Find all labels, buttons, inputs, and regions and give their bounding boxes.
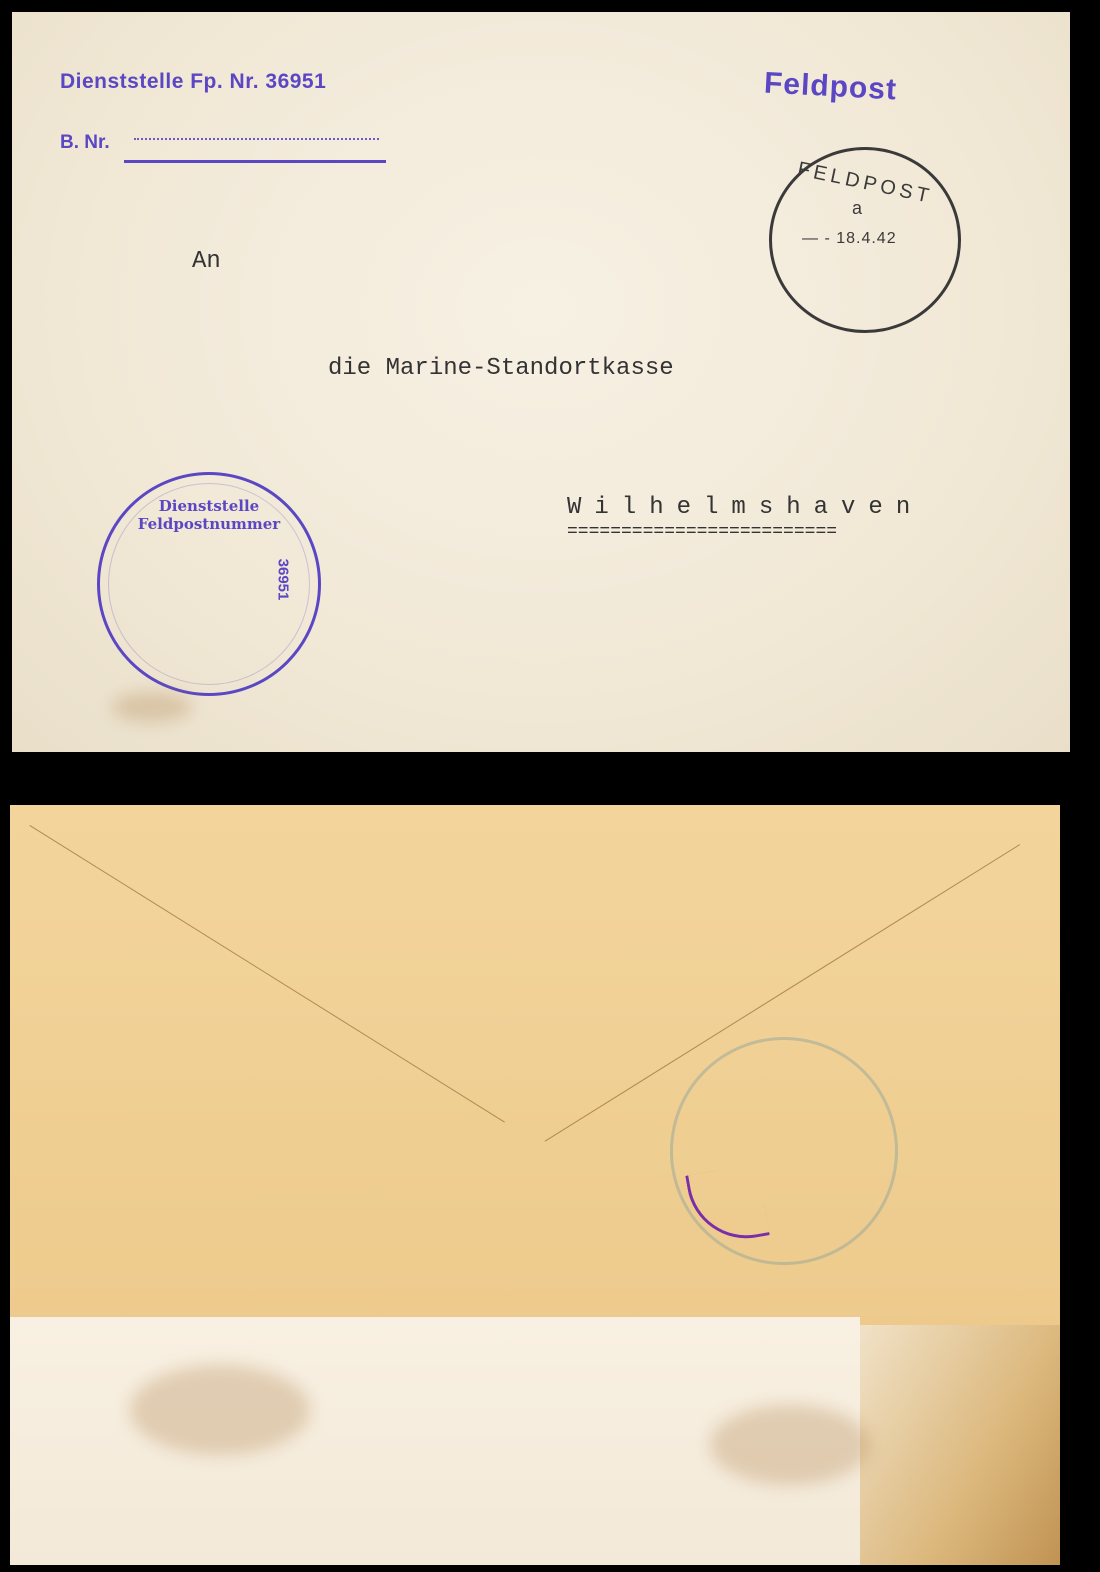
sender-stamp: Dienststelle Fp. Nr. 36951 <box>60 70 326 94</box>
back-seal <box>670 1037 898 1265</box>
bottom-flap-stain-area <box>860 1325 1060 1565</box>
city: Wilhelmshaven <box>567 494 923 521</box>
envelope-front: Dienststelle Fp. Nr. 36951 B. Nr. Feldpo… <box>12 12 1070 752</box>
postmark-top-text: FELDPOST <box>772 153 959 214</box>
envelope-back <box>10 805 1060 1565</box>
stain <box>710 1405 870 1485</box>
seal-text: Dienststelle Feldpostnummer <box>100 497 318 533</box>
reference-label: B. Nr. <box>60 132 110 154</box>
reference-dotted-line <box>134 138 379 140</box>
addressee: die Marine-Standortkasse <box>328 355 674 382</box>
city-underline: ========================= <box>567 522 837 542</box>
postmark: FELDPOST a — - 18.4.42 <box>769 147 961 333</box>
seal-number: 36951 <box>275 559 292 601</box>
back-seal-ink-mark <box>685 1163 770 1248</box>
unit-seal: Dienststelle Feldpostnummer 36951 <box>97 472 321 696</box>
stain <box>130 1365 310 1455</box>
salutation: An <box>192 248 221 275</box>
service-mark: Feldpost <box>763 67 898 108</box>
stain <box>112 692 192 722</box>
postmark-date: — - 18.4.42 <box>802 230 897 248</box>
flap-fold-left <box>29 825 504 1123</box>
reference-rule <box>124 160 386 163</box>
postmark-letter: a <box>852 198 862 219</box>
